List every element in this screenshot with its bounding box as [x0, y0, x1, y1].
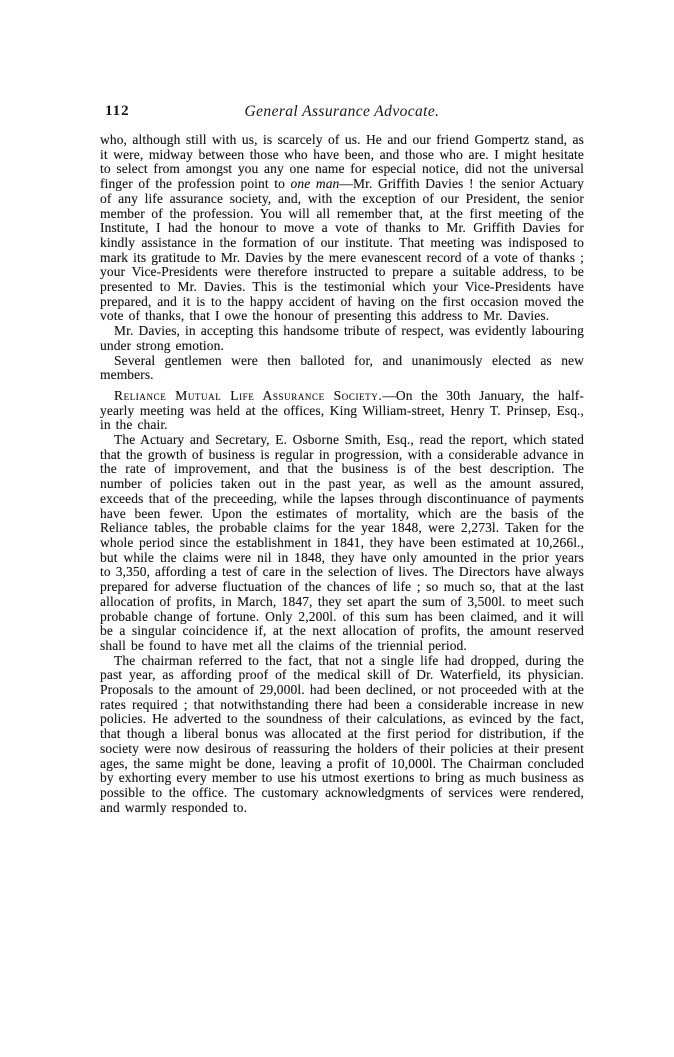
journal-title: General Assurance Advocate. [100, 103, 584, 121]
section-heading-text: Reliance Mutual Life Assurance Society. [114, 388, 382, 403]
paragraph: Mr. Davies, in accepting this handsome t… [100, 324, 584, 353]
article-body: who, although still with us, is scarcely… [100, 133, 584, 815]
paragraph: who, although still with us, is scarcely… [100, 133, 584, 324]
paragraph: Several gentlemen were then balloted for… [100, 354, 584, 383]
paragraph-text: Several gentlemen were then balloted for… [100, 353, 584, 383]
paragraph-text: —Mr. Griffith Davies ! the senior Actuar… [100, 176, 584, 323]
text-column: 112 General Assurance Advocate. who, alt… [100, 103, 584, 815]
paragraph: The Actuary and Secretary, E. Osborne Sm… [100, 433, 584, 654]
paragraph-text: The chairman referred to the fact, that … [100, 653, 584, 815]
paragraph: The chairman referred to the fact, that … [100, 654, 584, 816]
document-page: 112 General Assurance Advocate. who, alt… [0, 0, 674, 1057]
running-head: 112 General Assurance Advocate. [100, 103, 584, 125]
paragraph-text: one man [291, 176, 340, 191]
paragraph-text: Mr. Davies, in accepting this handsome t… [100, 323, 584, 353]
paragraph: Reliance Mutual Life Assurance Society.—… [100, 389, 584, 433]
paragraph-text: The Actuary and Secretary, E. Osborne Sm… [100, 432, 584, 653]
